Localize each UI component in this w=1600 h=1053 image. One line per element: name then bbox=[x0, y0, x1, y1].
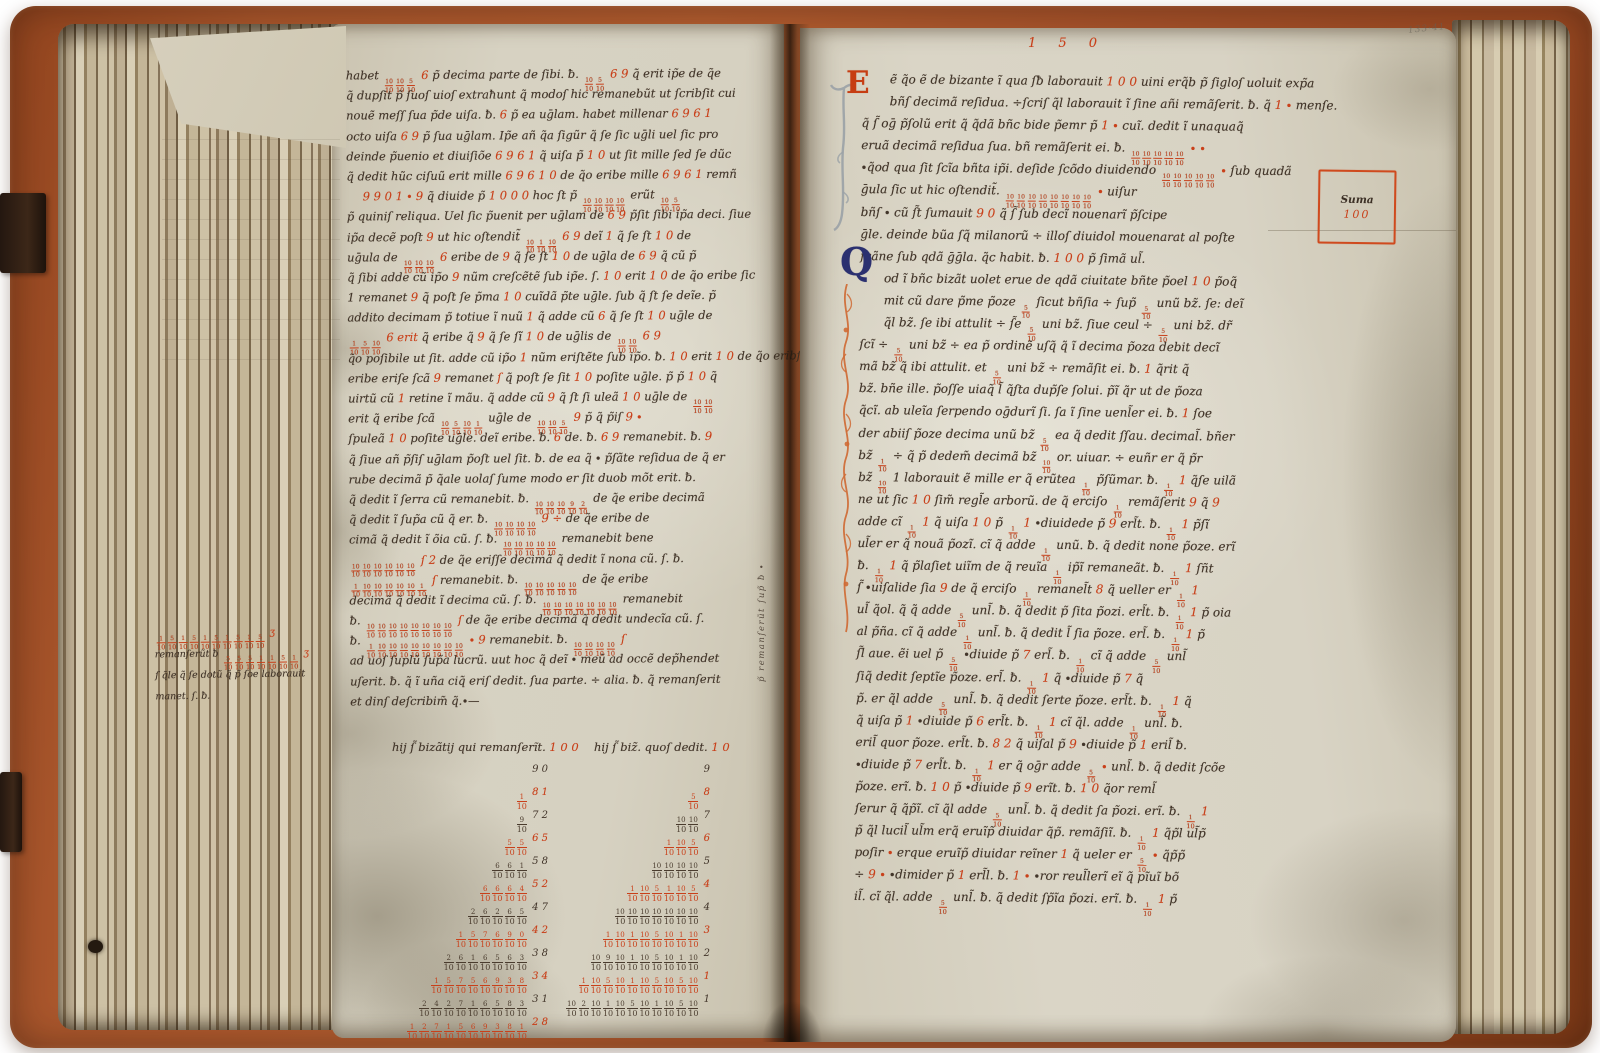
text-segment: ſiq̃ dedit ſeptĩe p̃oze. erl̃. ƀ. bbox=[856, 669, 1025, 685]
manuscript-line: ad uoſ ſuplũ ſup̃a lucrũ. uut hoc q̃ deĩ… bbox=[350, 648, 770, 671]
table-header-remaining: hij ſ̃ bizãtij qui remanſerĩt. 1 0 0 bbox=[392, 740, 579, 754]
text-segment: q̃ poſt ſe p̃ma bbox=[418, 289, 503, 304]
text-segment: q̃ ſe ſĩ bbox=[485, 330, 526, 344]
text-segment: octo uiſa bbox=[346, 129, 401, 143]
text-segment: retine ĩ mãu. q̃ adde cũ bbox=[405, 390, 548, 405]
margin-note-line: ſ q̃le q̃ ſe dotũ q̃ p̃ ſoe laborauit bbox=[155, 663, 355, 687]
fraction-chain: 101021010101101010510101011010105101010 bbox=[565, 1001, 699, 1018]
text-segment: 9 ∙ bbox=[868, 867, 885, 881]
text-segment: p̃ ∙diuide p̃ bbox=[950, 780, 1025, 795]
text-segment: 1 0 bbox=[388, 431, 406, 445]
text-segment: 1 0 bbox=[503, 289, 521, 303]
fraction-table-row: 1101010510 6 bbox=[518, 827, 710, 850]
text-segment: ſcãne ſub qdã ḡḡla. q̃c habit. ƀ. bbox=[860, 249, 1053, 265]
text-segment: ʒ bbox=[266, 627, 275, 638]
text-segment: 1 0 bbox=[603, 268, 621, 282]
text-segment: remanebit. ƀ. bbox=[486, 632, 572, 647]
manuscript-line: q̃ dedit hũc ciſuũ erit mille 6 9 6 1 0 … bbox=[346, 163, 766, 186]
text-segment: remanel̃t bbox=[1033, 582, 1096, 597]
text-segment: nouẽ meſſ ſua p̃de uiſa. ƀ. bbox=[346, 108, 500, 123]
text-segment: poſite uḡle. deĩ eribe. ƀ. bbox=[407, 430, 554, 445]
text-segment: 1 bbox=[1178, 517, 1190, 531]
text-segment: q̃ bbox=[1180, 694, 1192, 708]
text-segment: cuĩ. dedit ĩ unaquaq̃ bbox=[1118, 119, 1243, 134]
manuscript-line: addito decimam p̃ totiue ĩ nuũ 1 q̃ adde… bbox=[347, 305, 767, 328]
text-segment: de bbox=[673, 228, 691, 242]
text-segment: decimã q̃ dedit ĩ decima cũ. ſ. ƀ. bbox=[349, 592, 540, 607]
text-segment: 1 bbox=[700, 971, 710, 982]
text-segment: unl̃. ƀ. q̃ dedit p̃ ſita p̃ozi. erl̃t. … bbox=[968, 603, 1173, 619]
text-segment: p̃ oia bbox=[1198, 606, 1232, 620]
text-segment: uni bz̃. ſiue ceul ÷ bbox=[1038, 317, 1157, 332]
text-segment: 1 0 bbox=[655, 228, 673, 242]
text-segment: 1 bbox=[1020, 515, 1032, 529]
text-segment: ʒ bbox=[300, 647, 309, 658]
text-segment: 1 0 bbox=[972, 515, 991, 529]
text-segment: 9 bbox=[426, 229, 433, 243]
manuscript-line: q̃o poſibile ut ſit. adde cũ ip̃o 1 nũm … bbox=[348, 345, 768, 368]
text-segment: q̃ dedit ĩ ſup̃a cũ q̃ er. ƀ. bbox=[349, 512, 492, 527]
manuscript-line: uirtũ cũ 1 retine ĩ mãu. q̃ adde cũ 9 q̃… bbox=[348, 386, 768, 409]
text-segment: q̃ ſe ſt bbox=[613, 228, 655, 242]
text-segment: de uḡlis de bbox=[544, 329, 615, 343]
text-segment: ∙ 9 bbox=[465, 633, 485, 647]
text-segment: q̃ dedit ĩ ſerra cũ remanebit. ƀ. bbox=[349, 491, 533, 506]
text-segment: 9 9 0 1 ∙ 9 bbox=[363, 189, 424, 203]
text-segment: uḡle de bbox=[666, 308, 713, 322]
text-segment: 1 bbox=[1188, 583, 1200, 597]
fraction-table-row: 1101010110101051010101101010 3 bbox=[518, 919, 710, 942]
text-segment: ip̃a decẽ poſt bbox=[347, 229, 427, 244]
suma-label: Suma bbox=[1340, 193, 1373, 205]
text-segment: ſ bbox=[454, 613, 462, 627]
text-segment: de q̃ erciſo bbox=[947, 581, 1020, 596]
text-segment: 2 bbox=[700, 948, 710, 959]
text-segment: 6 bbox=[417, 68, 432, 82]
text-segment: 4 bbox=[700, 879, 710, 890]
text-segment: uiſur bbox=[1103, 185, 1136, 199]
text-segment: eril̃ quor p̃oze. erl̃t. ƀ. bbox=[856, 735, 993, 750]
text-segment: 1 bbox=[1045, 715, 1057, 729]
text-segment: habet bbox=[346, 68, 383, 82]
fraction-chain: 510 bbox=[1151, 660, 1162, 675]
text-segment: 9 bbox=[1109, 516, 1117, 530]
fraction-chain: 510 bbox=[937, 901, 948, 916]
photo-background: habet 10101010510 6 p̃ decima parte de ſ… bbox=[0, 0, 1600, 1053]
text-segment: mã bz̃ q̃ ibi attulit. et bbox=[859, 359, 990, 374]
fraction-table-row: 1010101010101010 5 bbox=[518, 850, 710, 873]
text-segment: il̃. cĩ q̃l. adde bbox=[854, 889, 936, 904]
text-segment: 1 0 bbox=[622, 389, 640, 403]
text-segment: unl̃. ƀ. q̃ dedit l̃ ſia p̃oze. erl̃. ƀ. bbox=[974, 625, 1169, 641]
page-edges-right bbox=[1452, 20, 1570, 1034]
filigree-ornament bbox=[836, 284, 858, 634]
text-segment: q̃ adde cũ bbox=[534, 309, 598, 323]
text-segment: q̃ ſiue añ p̃ſiſ uḡlam p̃oſt uel ſit. ƀ.… bbox=[348, 449, 724, 466]
text-segment: bz̃ bbox=[858, 448, 876, 462]
text-segment: 9 bbox=[570, 410, 581, 424]
text-segment: 1 0 bbox=[708, 740, 730, 754]
text-segment: or. uiuar. ÷ euñr er q̃ p̃r bbox=[1053, 449, 1202, 464]
text-segment: 9 bbox=[705, 429, 712, 443]
text-segment: ne ut ſic bbox=[858, 492, 912, 507]
text-segment: unl̃. ƀ. q̃ dedit ſp̃ĩa p̃ozi. erĩ. ƀ. bbox=[949, 890, 1141, 906]
text-segment: ſoe bbox=[1189, 407, 1212, 421]
initial-E: E bbox=[846, 68, 870, 98]
fraction-table-row: 1010101010101010101010101010 4 bbox=[518, 896, 710, 919]
text-segment: de q̃e eribe de bbox=[562, 510, 649, 525]
text-segment: q̃ ſ̃ oḡ p̃ſolũ erit q̃ q̃dã bñc bide p̃… bbox=[861, 116, 1101, 132]
text-segment: uirtũ cũ bbox=[348, 391, 398, 405]
text-segment: q̃p̃p̃ bbox=[1158, 848, 1185, 862]
text-segment: 1 bbox=[700, 994, 710, 1005]
text-segment: unl̃ bbox=[1163, 649, 1186, 663]
fraction-table-row: 110210710110510610910310810110 2 8 bbox=[358, 1011, 548, 1034]
text-segment: 7 bbox=[1124, 671, 1132, 685]
text-segment: adde cĩ bbox=[858, 514, 906, 528]
text-segment: 1 0 bbox=[1191, 274, 1210, 288]
margin-annotation: 110510110510110510110510110510 ʒremanſer… bbox=[154, 621, 355, 708]
text-segment: bz̃. bñe ille. p̃oſſe uiaq̃ l̃ q̃ſta dup… bbox=[859, 381, 1203, 398]
fraction-table-row: 101021010101101010510101011010105101010 … bbox=[518, 988, 710, 1011]
text-segment: 2 8 bbox=[529, 1017, 548, 1028]
text-segment: ∙diuide p̃ bbox=[960, 647, 1023, 662]
text-segment: 1 bbox=[1186, 605, 1198, 619]
text-segment: 9 ÷ bbox=[538, 511, 562, 525]
manuscript-line: p̃ quiniſ reliqua. Uel ſic p̃uenit per u… bbox=[347, 204, 767, 227]
text-segment: 1 bbox=[1148, 826, 1160, 840]
gray-flourish-ornament bbox=[830, 82, 856, 232]
text-segment: erl̃t. ƀ. bbox=[922, 758, 970, 772]
text-segment: rube decimã p̃ q̃ale uolaſ ſume modo er … bbox=[349, 470, 696, 486]
text-segment: poſir bbox=[854, 845, 887, 859]
text-segment: ea q̃ dedit ſſau. decimal̃. bñer bbox=[1051, 427, 1234, 443]
text-segment: erĩt. ƀ. bbox=[1032, 781, 1080, 795]
text-segment: 1 bbox=[1175, 473, 1187, 487]
text-segment: q̃ bbox=[1197, 495, 1212, 509]
text-segment: 1 0 bbox=[649, 268, 667, 282]
text-segment: ul̃ q̃ol. q̃ q̃ adde bbox=[857, 602, 955, 617]
text-segment: 1 0 bbox=[526, 330, 544, 344]
text-segment: 1 0 0 0 bbox=[489, 188, 529, 202]
text-segment: uſerit. ƀ. q̃ ĩ uña ciq̃ eriſ dedit. ſua… bbox=[350, 671, 721, 688]
text-segment: de q̃o eribe mille bbox=[557, 167, 663, 182]
text-segment: ſ 2 bbox=[417, 552, 440, 566]
text-segment: remanebit bene bbox=[558, 531, 654, 546]
text-segment: 9 bbox=[1024, 781, 1032, 795]
text-segment: de uḡla de bbox=[570, 248, 638, 262]
text-segment: 7 bbox=[914, 757, 922, 771]
text-segment: 6 9 6 1 bbox=[495, 148, 535, 162]
text-segment: q̃ uiſa bbox=[930, 515, 972, 529]
margin-note-line: remanſerũt ƀ 510510510110110510110 ʒ bbox=[155, 642, 355, 666]
text-segment: p̃ quiniſ reliqua. Uel ſic p̃uenit per u… bbox=[347, 208, 608, 224]
text-segment: 1 0 bbox=[552, 249, 570, 263]
text-segment: ſ̃ ∙uiſalide ſia bbox=[857, 580, 940, 595]
text-segment: 6 9 bbox=[639, 329, 661, 343]
text-segment: ∙diuide p̃ bbox=[1077, 737, 1140, 752]
text-segment: deĩ bbox=[580, 228, 605, 242]
text-segment: 9 bbox=[704, 764, 710, 775]
book-clasp-bottom bbox=[0, 772, 22, 852]
text-segment: ſ bbox=[617, 632, 625, 646]
text-segment: ∙diuide p̃ bbox=[913, 713, 976, 728]
text-segment: ſ̃l aue. ẽi uel p̃ bbox=[856, 646, 947, 661]
text-segment: 1 0 bbox=[669, 349, 687, 363]
text-segment: 1 bbox=[918, 514, 930, 528]
text-segment: ∙ bbox=[1098, 759, 1108, 773]
text-segment: nũm eriſtẽte ſub ip̃o. ƀ. bbox=[527, 349, 669, 364]
text-segment: ut ſit mille ſed ſe dũc bbox=[605, 147, 731, 162]
text-segment: 1 ∙ bbox=[1101, 118, 1118, 132]
text-segment: de q̃e eribe bbox=[579, 571, 649, 585]
text-segment: p̃ ſua uḡlam. Ip̃e añ q̃a ſigũr q̃ ſe ſi… bbox=[419, 126, 718, 142]
text-segment: unl̃. ƀ. q̃ dedit ſa p̃ozi. erĩ. ƀ. bbox=[1004, 802, 1184, 818]
vertical-margin-note: p̃ remanſerũt ſup̃ ƀ ∙ bbox=[757, 472, 767, 682]
text-segment: uini erq̃b p̃ ſigloſ uoluit exp̃a bbox=[1137, 75, 1314, 91]
text-segment: 1 ∙ bbox=[1275, 98, 1292, 112]
text-segment: 8 bbox=[700, 787, 710, 798]
text-segment: remanebit bbox=[619, 591, 683, 605]
text-segment: p̃ſit ſibi ip̃a deci. ſiue bbox=[626, 207, 751, 222]
text-segment: q̃ eribe q̃ bbox=[421, 330, 477, 344]
table-header-given: hij ſ̃ biz̃. quoſ dedit. 1 0 bbox=[594, 740, 730, 754]
fraction-table-row: 11010105101010110101051010105101010 1 bbox=[518, 965, 710, 988]
text-segment: ḡula ſic ut hic oſtendit̃. bbox=[861, 182, 1004, 197]
text-segment: ad uoſ ſuplũ ſup̃a lucrũ. uut hoc q̃ deĩ… bbox=[350, 651, 719, 668]
text-segment: nũm creſcẽtẽ ſub ip̃e. ſ. bbox=[459, 269, 603, 284]
text-segment: q̃o poſibile ut ſit. adde cũ ip̃o bbox=[348, 350, 520, 365]
text-segment: q̃ poſt ſe ſit bbox=[501, 370, 574, 385]
text-segment: q̃ p̃laſiet uiĩm de q̃ reuĩa bbox=[897, 558, 1051, 573]
text-segment: 1 bbox=[1038, 670, 1050, 684]
text-segment: unl̃. ƀ. bbox=[1140, 715, 1182, 729]
text-segment: q̃ uiſal p̃ bbox=[1012, 736, 1070, 751]
text-segment: hoc ſt p̃ bbox=[529, 188, 581, 202]
text-segment: 6 9 bbox=[601, 430, 619, 444]
text-segment: bñſ decimã reſidua. ÷ſcriſ q̃l laborauit… bbox=[890, 94, 1275, 112]
text-segment: ſ q̃le q̃ ſe dotũ q̃ p̃ ſoe laborauit bbox=[155, 668, 305, 681]
text-segment: 6 bbox=[436, 249, 447, 263]
fraction-table-row: 9 bbox=[518, 758, 710, 781]
text-segment: ẽ q̃o ẽ de bizante ĩ qua ſƀ laborauit bbox=[890, 72, 1107, 88]
text-segment: ſub quadã bbox=[1227, 164, 1292, 179]
text-segment: 4 bbox=[700, 902, 710, 913]
text-segment: de. ƀ. bbox=[561, 430, 601, 444]
text-segment: 7 bbox=[1023, 648, 1031, 662]
text-segment: ∙ bbox=[1148, 848, 1158, 862]
text-segment: cĩ q̃l. adde bbox=[1057, 715, 1128, 730]
text-segment: ∙q̃od qua ſit ſcĩa bñta ip̃i. deſide ſcõ… bbox=[861, 160, 1160, 177]
text-segment: ∙diuidede p̃ bbox=[1031, 516, 1109, 531]
text-segment: bz̃ bbox=[858, 470, 876, 484]
text-segment: q̃ dedit hũc ciſuũ erit mille bbox=[346, 168, 505, 183]
text-segment: 1 bbox=[983, 758, 995, 772]
text-segment: p̃ſĩ bbox=[1189, 517, 1209, 531]
text-segment: manet. ſ. ƀ. bbox=[155, 691, 210, 703]
fraction-table-given: 9510 810101010 71101010510 6101010101010… bbox=[518, 758, 710, 1011]
text-segment: cuĩdã p̃te uḡle. ſub q̃ ſt ſe deĩe. p̃ bbox=[521, 288, 715, 303]
text-segment: ÷ q̃ p̃ dedem̃ decimã bz̃ bbox=[889, 448, 1040, 463]
text-segment: 5 bbox=[700, 856, 710, 867]
text-segment: erl̃t. ƀ. bbox=[1116, 516, 1164, 530]
text-segment: 1 bbox=[1144, 362, 1152, 376]
text-segment: ſpuleã bbox=[348, 432, 388, 446]
text-segment: 1 bbox=[906, 713, 914, 727]
text-segment: remãſerit bbox=[1124, 494, 1189, 509]
manuscript-line: deinde p̃uenio et diuiſiõe 6 9 6 1 q̃ ui… bbox=[346, 143, 766, 166]
text-segment: uḡle de bbox=[484, 410, 534, 424]
text-segment: ſim̃ regl̃e arborũ. de q̃ erciſo bbox=[931, 492, 1112, 508]
text-segment: p̃. er q̃l adde bbox=[856, 691, 937, 706]
text-segment: 9 0 bbox=[976, 206, 995, 220]
manuscript-line: q̃ ſiue añ p̃ſiſ uḡlam p̃oſt uel ſit. ƀ.… bbox=[348, 446, 768, 469]
text-segment: q̃ erit ip̃e de q̃e bbox=[632, 66, 721, 81]
manuscript-line: ſpuleã 1 0 poſite uḡle. deĩ eribe. ƀ. 6 … bbox=[348, 426, 768, 449]
text-segment: ƀ. bbox=[857, 558, 872, 572]
text-segment: addito decimam p̃ totiue ĩ nuũ bbox=[347, 309, 526, 324]
text-segment: ſ bbox=[428, 573, 436, 587]
text-segment: 6 bbox=[554, 430, 561, 444]
text-segment: p̃ q̃ p̃iſ bbox=[581, 410, 626, 424]
text-segment: 7 bbox=[700, 810, 710, 821]
text-segment: q̃p̃l ul̃p̃ bbox=[1160, 826, 1206, 840]
text-segment: 1 0 bbox=[931, 780, 950, 794]
folio-number: 1 5 0 bbox=[1028, 36, 1106, 51]
text-segment: q̃ ſ̃ ſub decĩ nouenarĩ p̃ſcipe bbox=[995, 206, 1167, 222]
text-segment: 1 0 bbox=[688, 369, 706, 383]
text-segment: 6 9 6 1 bbox=[671, 106, 711, 120]
text-segment: er q̃ oḡr adde bbox=[995, 758, 1085, 773]
text-segment: erit bbox=[688, 349, 716, 363]
book-clasp-top bbox=[0, 193, 46, 273]
text-segment: q̃l bz̃. ſe ibi attulit ÷ ſ̃e bbox=[884, 315, 1026, 330]
text-segment: eril̃ ƀ. bbox=[1147, 738, 1187, 752]
right-text-block: ẽ q̃o ẽ de bizante ĩ qua ſƀ laborauit 1 … bbox=[854, 68, 1282, 912]
text-segment: 6 9 bbox=[608, 208, 626, 222]
manuscript-line: nouẽ meſſ ſua p̃de uiſa. ƀ. 6 p̃ ea uḡla… bbox=[346, 103, 766, 126]
text-segment: de q̃e eriſſe decimã q̃ dedit ĩ nona cũ.… bbox=[440, 551, 684, 567]
text-segment: 9 bbox=[1212, 495, 1220, 509]
text-segment: erũt bbox=[627, 187, 659, 201]
text-segment: unl̃. ƀ. q̃ dedit ſcõe bbox=[1107, 759, 1225, 774]
text-segment: eribe eriſe ſcã bbox=[348, 371, 434, 386]
text-segment: unũ bz̃. ſe: deĩ bbox=[1153, 296, 1244, 311]
fraction-table-row: 10101010 7 bbox=[518, 804, 710, 827]
text-segment: 6 bbox=[598, 309, 605, 323]
text-segment: ul̃er er q̃ nouã p̃ozĩ. cĩ q̃ adde bbox=[857, 536, 1039, 552]
text-segment: remanebit. ƀ. bbox=[436, 572, 522, 587]
text-segment: 1 bbox=[886, 558, 898, 572]
suma-value: 100 bbox=[1343, 207, 1370, 220]
left-text-block: habet 10101010510 6 p̃ decima parte de ſ… bbox=[346, 63, 770, 712]
text-segment: q̃ uiſa p̃ bbox=[856, 713, 906, 727]
text-segment: q̃or reml̃ bbox=[1099, 781, 1155, 796]
text-segment: 3 bbox=[700, 925, 710, 936]
text-segment: 6 bbox=[500, 108, 507, 122]
text-segment: 8 2 bbox=[992, 736, 1011, 750]
fraction-chain: 110 bbox=[1142, 903, 1153, 918]
text-segment: ∙diuide p̃ bbox=[855, 757, 914, 772]
text-segment: q̃ ſibi adde cũ ip̃o bbox=[347, 270, 452, 285]
manuscript-line: et dinſ deſcribim̃ q̃.∙— bbox=[350, 688, 770, 711]
text-segment: 6 9 bbox=[401, 129, 419, 143]
text-segment: 6 9 bbox=[559, 228, 581, 242]
text-segment: 6 9 6 1 bbox=[662, 167, 702, 181]
text-segment: q̃ cũ p̃ bbox=[657, 248, 697, 262]
text-segment: q̃ ∙diuide p̃ bbox=[1050, 670, 1125, 685]
text-segment: q̃ bbox=[1132, 671, 1144, 685]
text-segment: 1 remanet bbox=[347, 290, 411, 304]
text-segment: p̃oze. erĩ. ƀ. bbox=[855, 779, 931, 794]
text-segment: 6 9 bbox=[606, 66, 632, 80]
manuscript-line: uſerit. ƀ. q̃ ĩ uña ciq̃ eriſ dedit. ſua… bbox=[350, 668, 770, 691]
text-segment: hij ſ̃ biz̃. quoſ dedit. bbox=[594, 740, 708, 754]
ruling-lines bbox=[162, 120, 340, 370]
text-segment: poſite uḡle. p̃ p̃ bbox=[592, 369, 688, 384]
text-segment: q̃rit q̃ bbox=[1152, 362, 1190, 376]
text-segment: 1 0 bbox=[587, 147, 605, 161]
text-segment: ∙ bbox=[1094, 185, 1104, 199]
fraction-chain: 110210710110510610910310810110 bbox=[406, 1024, 528, 1041]
text-segment: ∙ror reul̃lerĩ eĩ q̃ pĩuĩ bõ bbox=[1030, 869, 1179, 884]
text-segment: uni bz̃ ÷ ea p̃ ordinẽ uſq̃ q̃ ĩ decima … bbox=[905, 338, 1219, 355]
text-segment: ∙ ∙ bbox=[1186, 141, 1206, 155]
text-segment: p̃ bbox=[1165, 892, 1177, 906]
manuscript-line: octo uiſa 6 9 p̃ ſua uḡlam. Ip̃e añ q̃a … bbox=[346, 123, 766, 146]
text-segment: 1 0 bbox=[574, 370, 592, 384]
text-segment: der abiiſ p̃oze decima unũ bz̃ bbox=[858, 425, 1038, 441]
text-segment: p̃ ea uḡlam. habet millenar bbox=[507, 107, 671, 122]
text-segment: erit bbox=[621, 268, 649, 282]
text-segment: unl̃. ƀ. q̃ dedit ſerte p̃oze. erl̃t. ƀ. bbox=[950, 691, 1156, 707]
initial-Q: Q bbox=[840, 244, 873, 280]
text-segment: 1 bbox=[1060, 847, 1068, 861]
text-segment: uni bz̃. dr̃ bbox=[1170, 318, 1232, 333]
text-segment: p̃oq̃ bbox=[1211, 274, 1238, 288]
text-segment: mit cũ dare p̃me p̃oze bbox=[884, 293, 1020, 308]
text-segment: remanſerũt ƀ bbox=[155, 648, 222, 660]
text-segment: 1 0 bbox=[1080, 781, 1099, 795]
text-segment: 9 bbox=[411, 290, 418, 304]
text-segment: 1 bbox=[1140, 738, 1148, 752]
suma-box: Suma 100 bbox=[1317, 169, 1396, 244]
text-segment: 1 bbox=[1154, 892, 1166, 906]
text-segment: erl̃l. ƀ. bbox=[965, 868, 1012, 882]
text-segment: ſerur q̃ q̃p̃ĩ. cĩ q̃l adde bbox=[855, 801, 991, 816]
text-segment: ∙dimider p̃ bbox=[885, 868, 957, 883]
fraction-table-row: 510 8 bbox=[518, 781, 710, 804]
text-segment: ſcĩ ÷ bbox=[859, 337, 892, 351]
text-segment: remñ bbox=[702, 167, 736, 181]
text-segment: uḡle de bbox=[640, 389, 690, 403]
text-segment: q̃cĩ. ab uleĩa ſerpendo oḡdurĩ ſi. ſa ĩ … bbox=[859, 403, 1182, 420]
text-segment: erl̃t. ƀ. bbox=[984, 714, 1032, 728]
text-segment: q̃ ſe ſt bbox=[605, 309, 647, 323]
text-segment: unũ. ƀ. q̃ dedit none p̃oze. erĩ bbox=[1052, 538, 1235, 554]
text-segment: de q̃o eribe ſic bbox=[668, 267, 756, 282]
text-segment: 6 9 bbox=[638, 248, 656, 262]
text-segment: p̃ ſimã ul̃. bbox=[1084, 251, 1145, 266]
text-segment: 1 0 bbox=[647, 308, 665, 322]
text-segment: 1 bbox=[1197, 804, 1209, 818]
text-segment: 1 bbox=[1182, 627, 1194, 641]
text-segment: 1 0 bbox=[912, 492, 931, 506]
text-segment: de q̃e eribe decimã bbox=[590, 490, 705, 505]
text-segment: remanet bbox=[441, 370, 497, 384]
right-page: 1 5 0 133·41 E Q Suma 100 ẽ q̃o ẽ de biz… bbox=[800, 28, 1456, 1042]
text-segment: ip̃ĩ remaneãt. ƀ. bbox=[1064, 560, 1168, 575]
